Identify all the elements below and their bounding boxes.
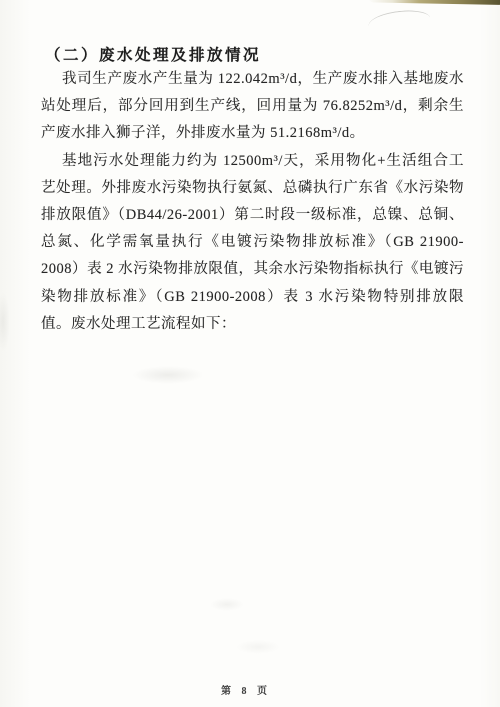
- scan-smudge: [236, 640, 280, 654]
- scan-smudge: [0, 292, 10, 352]
- page-number: 第 8 页: [0, 682, 492, 697]
- scan-smudge: [210, 598, 244, 611]
- paragraph-treatment-standards: 基地污水处理能力约为 12500m³/天，采用物化+生活组合工艺处理。外排废水污…: [41, 148, 464, 338]
- section-heading: （二）废水处理及排放情况: [45, 43, 261, 65]
- document-body: 我司生产废水产生量为 122.042m³/d，生产废水排入基地废水站处理后，部分…: [41, 66, 464, 338]
- scan-smudge: [132, 366, 204, 384]
- scanned-document-page: （二）废水处理及排放情况 我司生产废水产生量为 122.042m³/d，生产废水…: [0, 0, 500, 707]
- paragraph-wastewater-volumes: 我司生产废水产生量为 122.042m³/d，生产废水排入基地废水站处理后，部分…: [41, 66, 464, 148]
- scanner-bed-edge-artifact: [368, 0, 500, 5]
- pencil-mark-artifact: [368, 8, 431, 26]
